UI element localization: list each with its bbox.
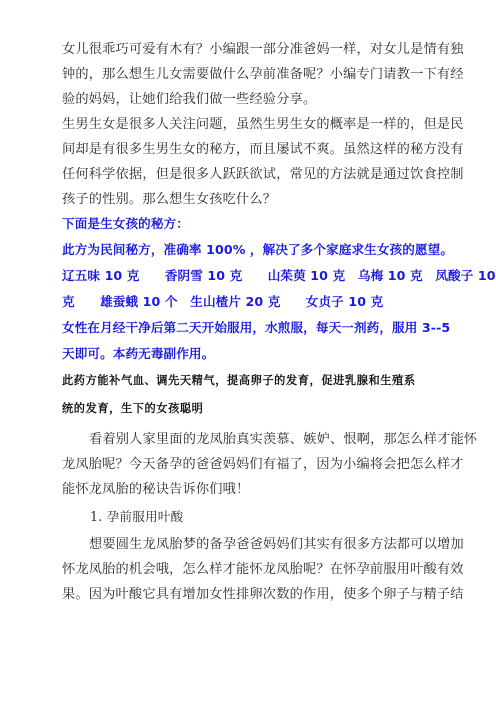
folic-line-2: 怀龙凤胎的机会哦，怎么样才能怀龙凤胎呢？在怀孕前服用叶酸有效	[62, 558, 442, 577]
effect-line-1: 此药方能补气血、调先天精气，提高卵子的发育，促进乳腺和生殖系	[62, 372, 442, 388]
recipe-claim: 此方为民间秘方，准确率 100% ，解决了多个家庭求生女孩的愿望。	[62, 239, 442, 258]
effect-line-2: 统的发育，生下的女孩聪明	[62, 400, 442, 416]
recipe-heading: 下面是生女孩的秘方：	[62, 213, 442, 232]
intro-line-3: 验的妈妈，让她们给我们做一些经验分享。	[62, 88, 442, 107]
usage-line-2: 天即可。本药无毒副作用。	[62, 343, 442, 362]
twins-line-1: 看着别人家里面的龙凤胎真实羡慕、嫉妒、恨啊，那怎么样才能怀	[89, 428, 469, 447]
twins-line-3: 能怀龙凤胎的秘诀告诉你们哦！	[62, 478, 442, 497]
para2-line-1: 生男生女是很多人关注问题，虽然生男生女的概率是一样的，但是民	[62, 113, 442, 132]
usage-line-1: 女性在月经干净后第二天开始服用，水煎服，每天一剂药，服用 3--5	[62, 317, 442, 336]
para2-line-3: 任何科学依据，但是很多人跃跃欲试，常见的方法就是通过饮食控制	[62, 163, 442, 182]
document-page: 女儿很乖巧可爱有木有？小编跟一部分准爸妈一样，对女儿是情有独 钟的，那么想生儿女…	[0, 0, 496, 702]
para2-line-4: 孩子的性别。那么想生女孩吃什么？	[62, 188, 442, 207]
para2-line-2: 间却是有很多生男生女的秘方，而且屡试不爽。虽然这样的秘方没有	[62, 138, 442, 157]
folic-line-3: 果。因为叶酸它具有增加女性排卵次数的作用，使多个卵子与精子结	[62, 583, 442, 602]
section-heading-folic-acid: 1. 孕前服用叶酸	[90, 506, 470, 525]
intro-line-1: 女儿很乖巧可爱有木有？小编跟一部分准爸妈一样，对女儿是情有独	[62, 38, 442, 57]
intro-line-2: 钟的，那么想生儿女需要做什么孕前准备呢？小编专门请教一下有经	[62, 63, 442, 82]
twins-line-2: 龙凤胎呢？今天备孕的爸爸妈妈们有福了，因为小编将会把怎么样才	[62, 453, 442, 472]
ingredients-line-1: 辽五味 10 克 香阴雪 10 克 山茱萸 10 克 乌梅 10 克 凤酸子 1…	[62, 265, 442, 284]
ingredients-line-2: 克 雄蚕蛾 10 个 生山楂片 20 克 女贞子 10 克	[62, 291, 442, 310]
folic-line-1: 想要圆生龙凤胎梦的备孕爸爸妈妈们其实有很多方法都可以增加	[89, 533, 469, 552]
